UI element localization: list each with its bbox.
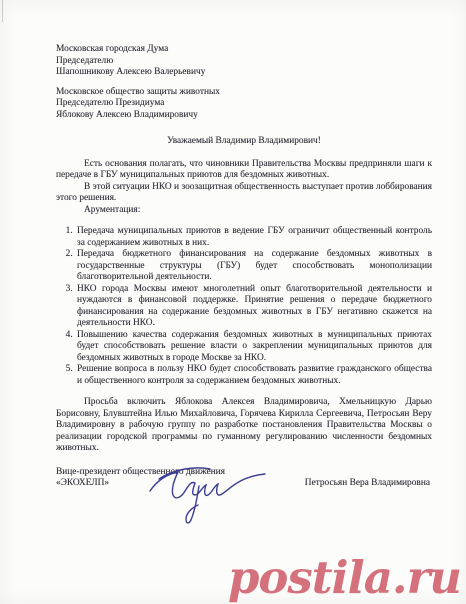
handwritten-signature xyxy=(146,458,276,528)
argument-list: Передача муниципальных приютов в ведение… xyxy=(56,226,432,387)
argumentation-heading: Арументация: xyxy=(56,205,432,217)
signer-name: Петросьян Вера Владимировна xyxy=(305,478,432,490)
paragraph-request: Просьба включить Яблокова Алексея Владим… xyxy=(56,397,432,455)
scanned-letter-page: Московская городская Дума Председателю Ш… xyxy=(0,0,466,604)
paragraph-intro: Есть основания полагать, что чиновники П… xyxy=(56,159,432,182)
argument-item: НКО города Москвы имеют многолетний опыт… xyxy=(75,284,432,330)
letter-content: Московская городская Дума Председателю Ш… xyxy=(56,44,432,490)
recipient-block-society: Московское общество защиты животных Пред… xyxy=(56,87,432,122)
scan-artifact xyxy=(2,0,3,22)
paragraph-position: В этой ситуации НКО и зоозащитная общест… xyxy=(56,182,432,205)
salutation: Уважаемый Владимир Владимирович! xyxy=(56,136,432,148)
argument-item: Передача бюджетного финансирования на со… xyxy=(75,249,432,284)
recipient-block-duma: Московская городская Дума Председателю Ш… xyxy=(56,44,432,79)
argument-item: Повышению качества содержания бездомных … xyxy=(75,330,432,365)
argument-item: Передача муниципальных приютов в ведение… xyxy=(75,226,432,249)
postila-watermark: postila.ru xyxy=(228,555,461,600)
argument-item: Решение вопроса в пользу НКО будет спосо… xyxy=(75,364,432,387)
signature-ink xyxy=(150,468,265,523)
